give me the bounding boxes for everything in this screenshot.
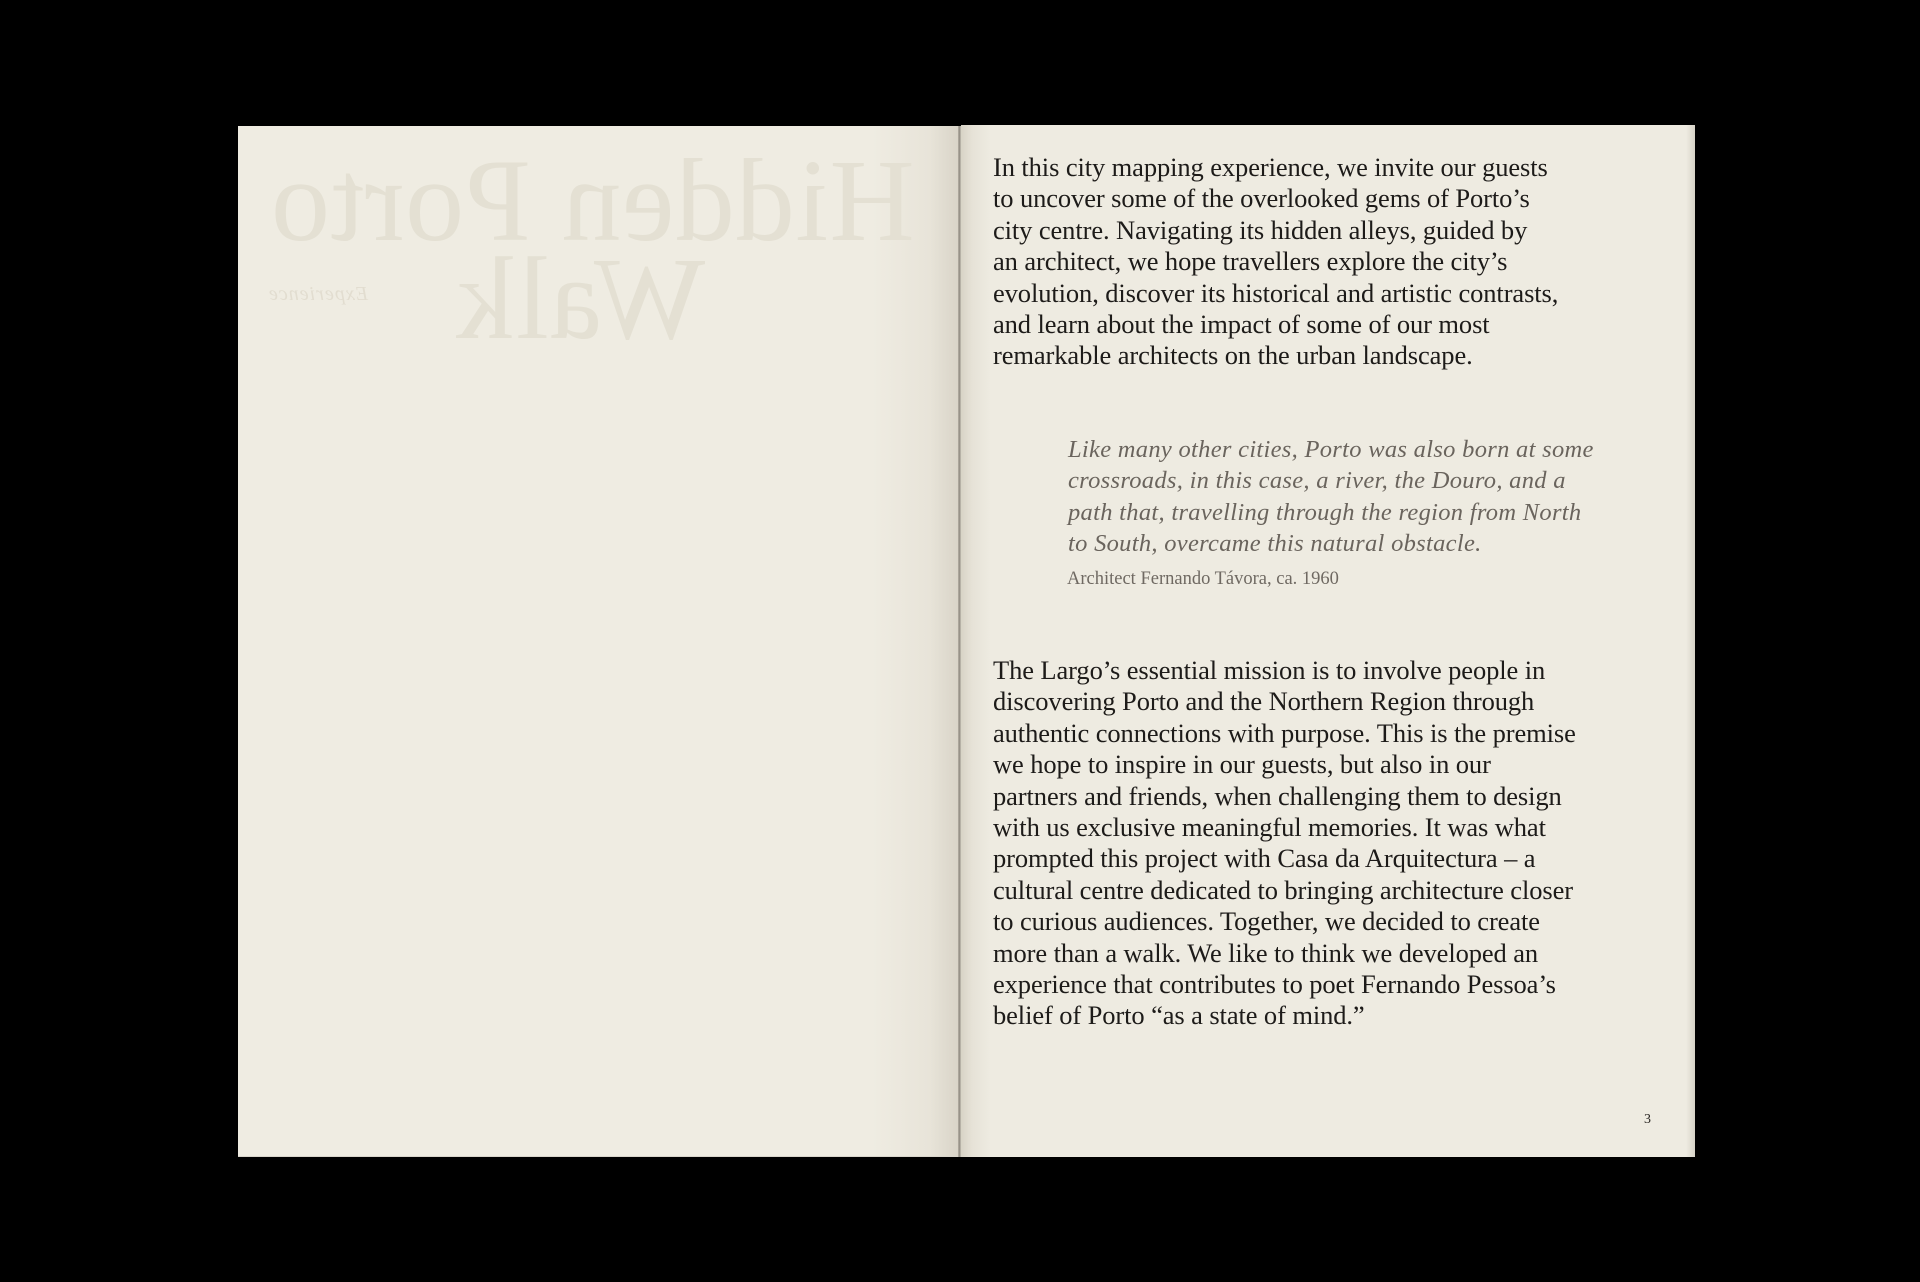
text-line: In this city mapping experience, we invi…: [993, 152, 1683, 183]
text-line: prompted this project with Casa da Arqui…: [993, 843, 1683, 874]
text-line: remarkable architects on the urban lands…: [993, 340, 1683, 371]
text-line: with us exclusive meaningful memories. I…: [993, 812, 1683, 843]
text-line: to curious audiences. Together, we decid…: [993, 906, 1683, 937]
quote-attribution: Architect Fernando Távora, ca. 1960: [1067, 567, 1339, 591]
text-line: we hope to inspire in our guests, but al…: [993, 749, 1683, 780]
text-line: evolution, discover its historical and a…: [993, 278, 1683, 309]
text-line: more than a walk. We like to think we de…: [993, 938, 1683, 969]
text-line: experience that contributes to poet Fern…: [993, 969, 1683, 1000]
quote-line: path that, travelling through the region…: [1068, 497, 1668, 528]
quote-line: Like many other cities, Porto was also b…: [1068, 434, 1668, 465]
text-line: cultural centre dedicated to bringing ar…: [993, 875, 1683, 906]
text-line: an architect, we hope travellers explore…: [993, 246, 1683, 277]
text-line: authentic connections with purpose. This…: [993, 718, 1683, 749]
page-number: 3: [1644, 1112, 1651, 1128]
text-line: belief of Porto “as a state of mind.”: [993, 1000, 1683, 1031]
quote-line: to South, overcame this natural obstacle…: [1068, 528, 1668, 559]
mission-paragraph: The Largo’s essential mission is to invo…: [993, 655, 1683, 1032]
pull-quote: Like many other cities, Porto was also b…: [1068, 434, 1668, 560]
intro-paragraph: In this city mapping experience, we invi…: [993, 152, 1683, 372]
text-line: The Largo’s essential mission is to invo…: [993, 655, 1683, 686]
bleed-through-title-line-2: Walk: [455, 240, 705, 358]
bleed-through-subtitle: Experience: [268, 283, 368, 306]
booklet-spread: Hidden Porto Walk Experience In this cit…: [0, 0, 1920, 1282]
spine-fold: [958, 126, 961, 1157]
quote-line: crossroads, in this case, a river, the D…: [1068, 465, 1668, 496]
text-line: city centre. Navigating its hidden alley…: [993, 215, 1683, 246]
text-line: to uncover some of the overlooked gems o…: [993, 183, 1683, 214]
text-line: and learn about the impact of some of ou…: [993, 309, 1683, 340]
text-line: discovering Porto and the Northern Regio…: [993, 686, 1683, 717]
text-line: partners and friends, when challenging t…: [993, 781, 1683, 812]
